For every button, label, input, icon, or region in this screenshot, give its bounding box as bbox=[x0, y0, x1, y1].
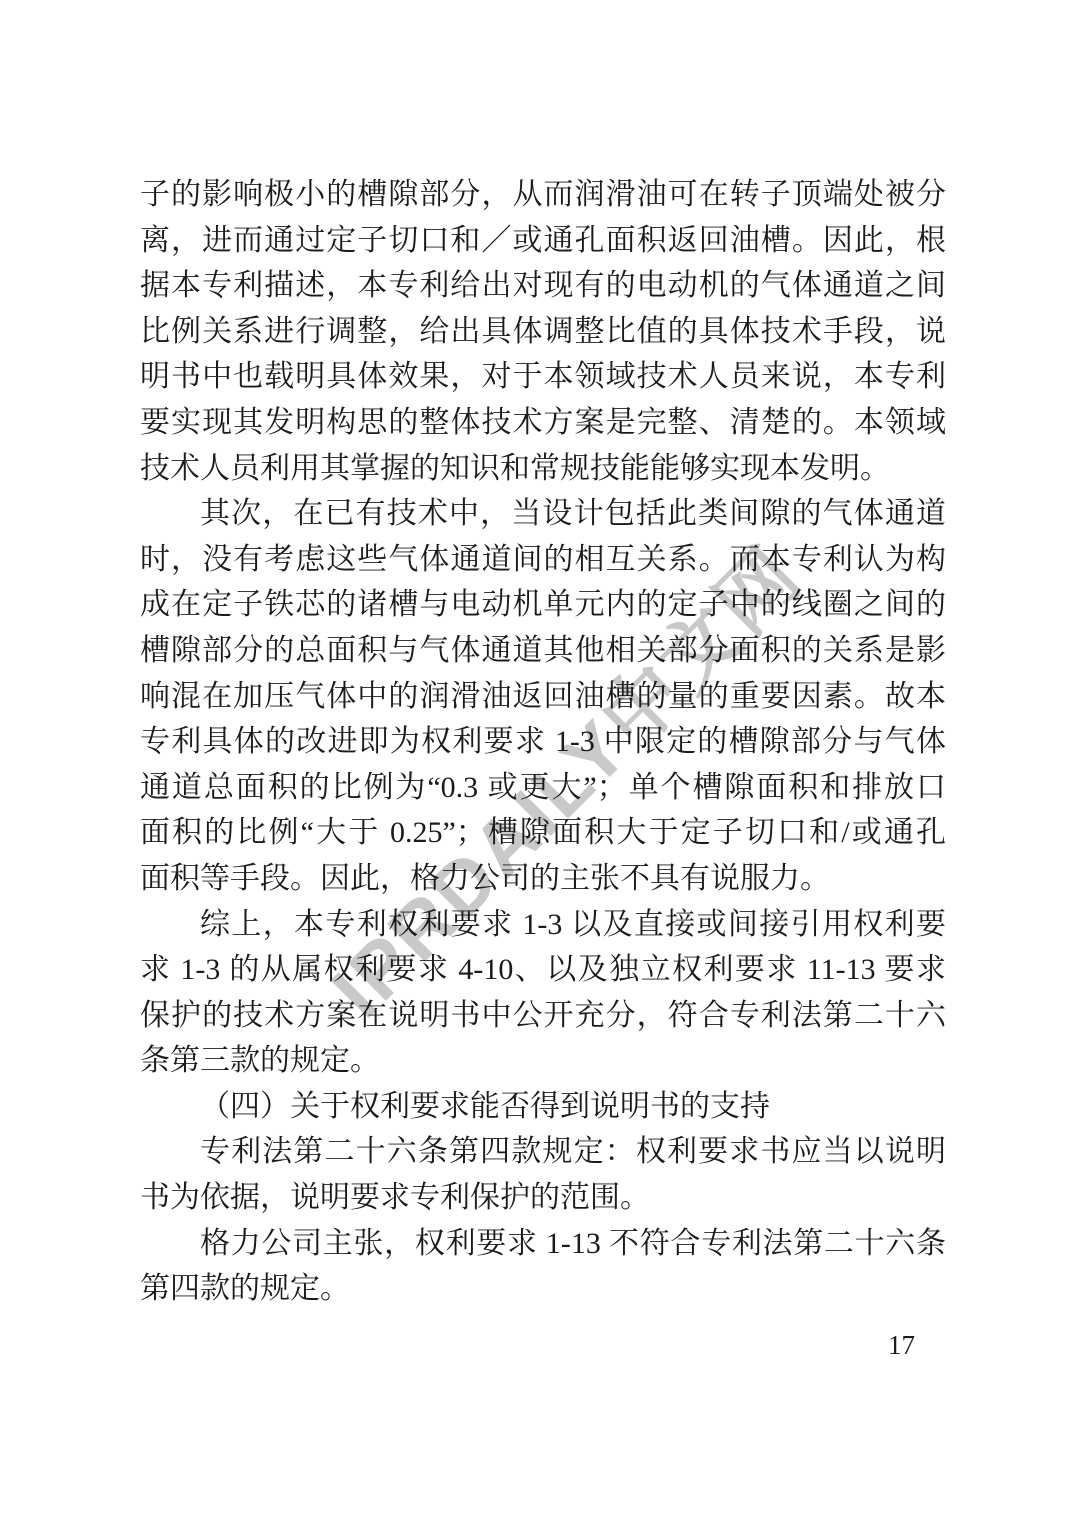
text-line: 条第三款的规定。 bbox=[140, 1038, 946, 1084]
text-line: 专利具体的改进即为权利要求 1-3 中限定的槽隙部分与气体 bbox=[140, 719, 946, 765]
text-line: 书为依据，说明要求专利保护的范围。 bbox=[140, 1175, 946, 1221]
text-line: 求 1-3 的从属权利要求 4-10、以及独立权利要求 11-13 要求 bbox=[140, 947, 946, 993]
text-line: 要实现其发明构思的整体技术方案是完整、清楚的。本领域 bbox=[140, 400, 946, 446]
text-line: 据本专利描述，本专利给出对现有的电动机的气体通道之间 bbox=[140, 263, 946, 309]
document-text-block: 子的影响极小的槽隙部分，从而润滑油可在转子顶端处被分离，进而通过定子切口和／或通… bbox=[140, 172, 946, 1312]
text-line: 格力公司主张，权利要求 1-13 不符合专利法第二十六条 bbox=[140, 1221, 946, 1267]
paragraph: 其次，在已有技术中，当设计包括此类间隙的气体通道时，没有考虑这些气体通道间的相互… bbox=[140, 491, 946, 901]
text-line: 面积的比例“大于 0.25”；槽隙面积大于定子切口和/或通孔 bbox=[140, 810, 946, 856]
text-line: 技术人员利用其掌握的知识和常规技能能够实现本发明。 bbox=[140, 446, 946, 492]
text-line: 槽隙部分的总面积与气体通道其他相关部分面积的关系是影 bbox=[140, 628, 946, 674]
text-line: 通道总面积的比例为“0.3 或更大”；单个槽隙面积和排放口 bbox=[140, 765, 946, 811]
text-line: 专利法第二十六条第四款规定：权利要求书应当以说明 bbox=[140, 1129, 946, 1175]
page-number: 17 bbox=[888, 1330, 915, 1361]
text-line: 面积等手段。因此，格力公司的主张不具有说服力。 bbox=[140, 856, 946, 902]
text-line: 综上，本专利权利要求 1-3 以及直接或间接引用权利要 bbox=[140, 902, 946, 948]
text-line: 比例关系进行调整，给出具体调整比值的具体技术手段，说 bbox=[140, 309, 946, 355]
text-line: 第四款的规定。 bbox=[140, 1266, 946, 1312]
text-line: （四）关于权利要求能否得到说明书的支持 bbox=[140, 1084, 946, 1130]
text-line: 明书中也载明具体效果，对于本领域技术人员来说，本专利 bbox=[140, 354, 946, 400]
paragraph: （四）关于权利要求能否得到说明书的支持 bbox=[140, 1084, 946, 1130]
paragraph: 子的影响极小的槽隙部分，从而润滑油可在转子顶端处被分离，进而通过定子切口和／或通… bbox=[140, 172, 946, 491]
text-line: 离，进而通过定子切口和／或通孔面积返回油槽。因此，根 bbox=[140, 218, 946, 264]
text-line: 其次，在已有技术中，当设计包括此类间隙的气体通道 bbox=[140, 491, 946, 537]
text-line: 成在定子铁芯的诸槽与电动机单元内的定子中的线圈之间的 bbox=[140, 582, 946, 628]
paragraph: 格力公司主张，权利要求 1-13 不符合专利法第二十六条第四款的规定。 bbox=[140, 1221, 946, 1312]
paragraph: 综上，本专利权利要求 1-3 以及直接或间接引用权利要求 1-3 的从属权利要求… bbox=[140, 902, 946, 1084]
text-line: 响混在加压气体中的润滑油返回油槽的量的重要因素。故本 bbox=[140, 674, 946, 720]
paragraph: 专利法第二十六条第四款规定：权利要求书应当以说明书为依据，说明要求专利保护的范围… bbox=[140, 1129, 946, 1220]
document-page: IPRDAILY中文网 子的影响极小的槽隙部分，从而润滑油可在转子顶端处被分离，… bbox=[0, 0, 1080, 1527]
text-line: 子的影响极小的槽隙部分，从而润滑油可在转子顶端处被分 bbox=[140, 172, 946, 218]
text-line: 保护的技术方案在说明书中公开充分，符合专利法第二十六 bbox=[140, 993, 946, 1039]
text-line: 时，没有考虑这些气体通道间的相互关系。而本专利认为构 bbox=[140, 537, 946, 583]
